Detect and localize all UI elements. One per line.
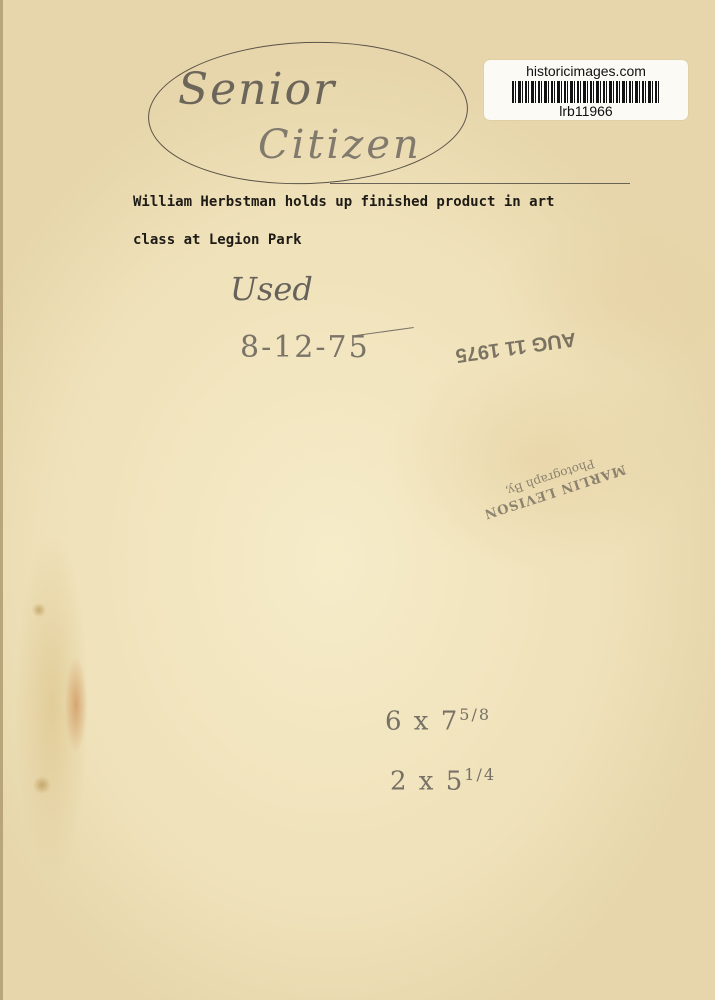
dimensions-2-main: 2 x 5 [390, 767, 464, 797]
caption-line-2: class at Legion Park [133, 232, 302, 248]
date-stamp: AUG 11 1975 [454, 327, 577, 367]
paper-edge [0, 0, 3, 1000]
barcode-icon [512, 81, 660, 103]
archive-label: historicimages.com lrb11966 [484, 60, 688, 120]
water-stain [14, 515, 88, 900]
handwritten-dimensions-1: 6 x 75/8 [385, 705, 491, 737]
caption-line-1: William Herbstman holds up finished prod… [133, 194, 554, 210]
handwritten-used: Used [230, 270, 313, 308]
dimensions-2-fraction: 1/4 [464, 765, 496, 784]
handwritten-date: 8-12-75 [240, 330, 370, 365]
label-site: historicimages.com [484, 63, 688, 79]
photographer-stamp: MARLIN LEVISON Photograph By, [477, 448, 627, 522]
dimensions-1-fraction: 5/8 [459, 705, 491, 724]
pencil-underline [330, 183, 630, 184]
handwritten-title-line1: Senior [178, 64, 336, 115]
handwritten-dimensions-2: 2 x 51/4 [390, 765, 496, 797]
handwritten-title-line2: Citizen [258, 122, 422, 168]
photo-back-document: historicimages.com lrb11966 Senior Citiz… [0, 0, 715, 1000]
label-code: lrb11966 [484, 103, 688, 119]
dimensions-1-main: 6 x 7 [385, 707, 459, 737]
